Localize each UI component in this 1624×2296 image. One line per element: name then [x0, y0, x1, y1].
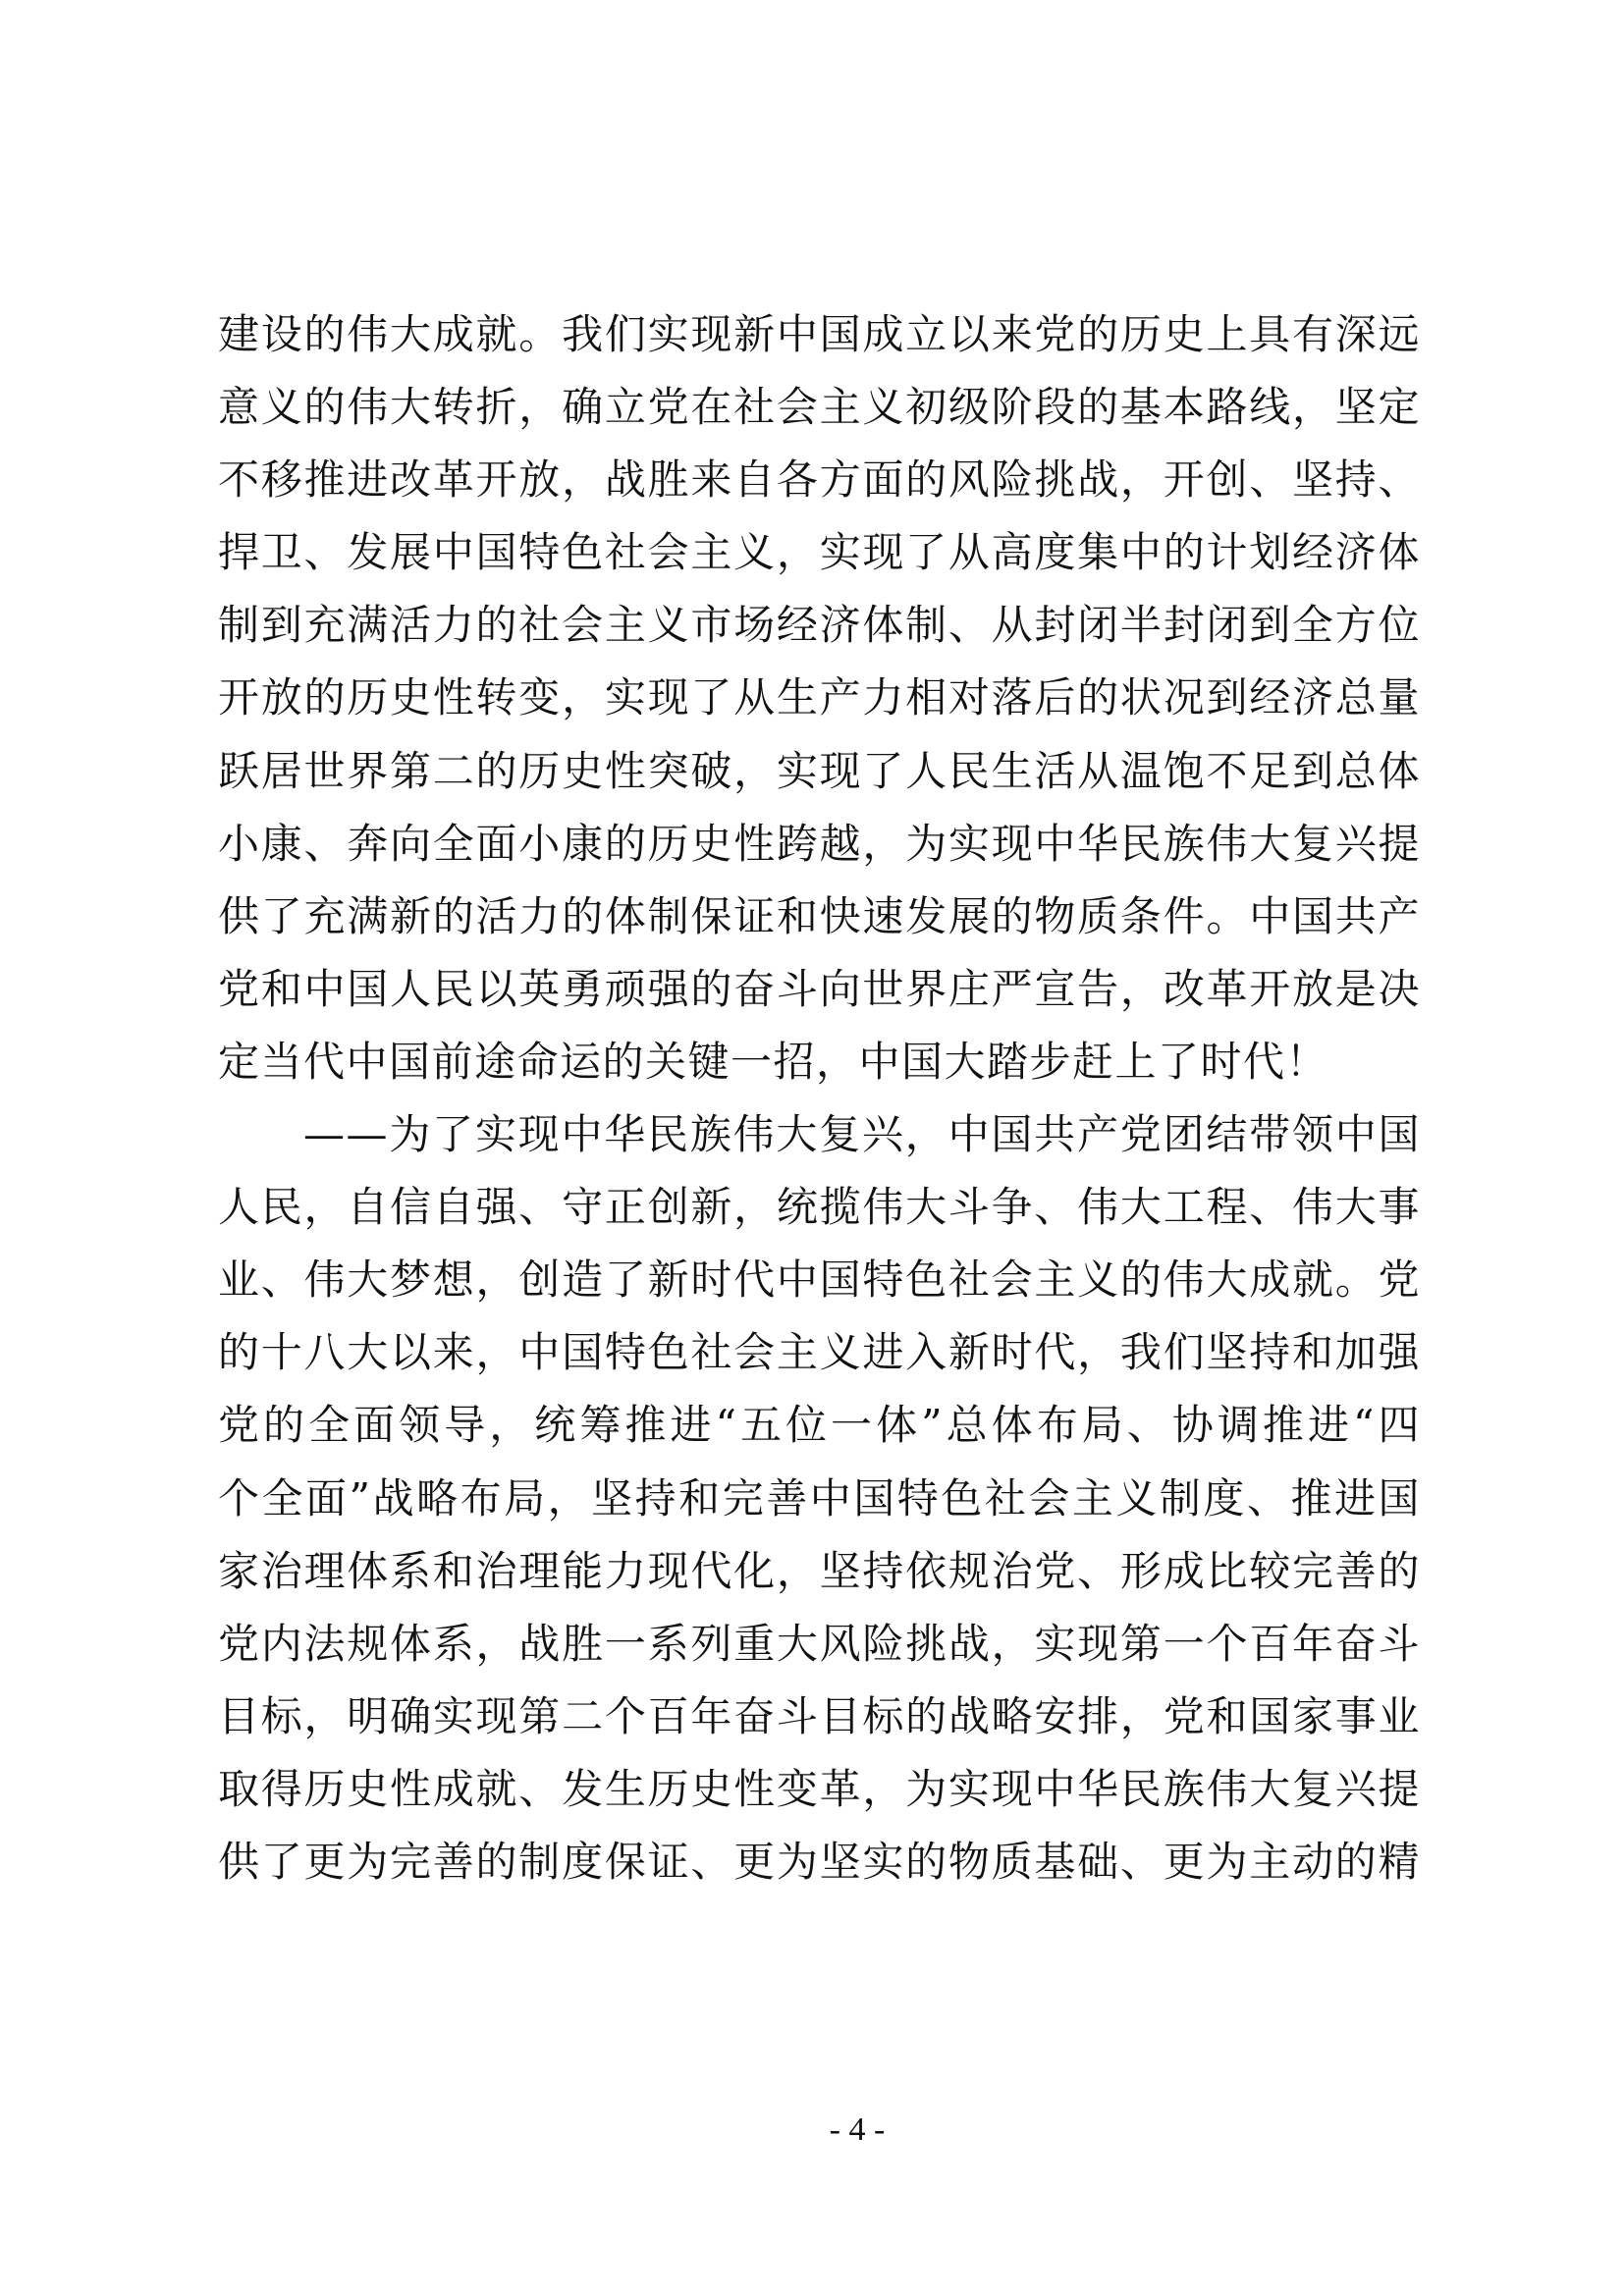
text-line: 业、伟大梦想，创造了新时代中国特色社会主义的伟大成就。党: [218, 1244, 1421, 1316]
text-line: 跃居世界第二的历史性突破，实现了人民生活从温饱不足到总体: [218, 735, 1421, 808]
text-line: 目标，明确实现第二个百年奋斗目标的战略安排，党和国家事业: [218, 1681, 1421, 1753]
text-line: 党内法规体系，战胜一系列重大风险挑战，实现第一个百年奋斗: [218, 1608, 1421, 1681]
text-line: 人民，自信自强、守正创新，统揽伟大斗争、伟大工程、伟大事: [218, 1171, 1421, 1244]
text-line: 供了更为完善的制度保证、更为坚实的物质基础、更为主动的精: [218, 1826, 1421, 1898]
text-line: 党和中国人民以英勇顽强的奋斗向世界庄严宣告，改革开放是决: [218, 953, 1421, 1026]
text-line: ——为了实现中华民族伟大复兴，中国共产党团结带领中国: [218, 1098, 1421, 1171]
text-line: 捍卫、发展中国特色社会主义，实现了从高度集中的计划经济体: [218, 516, 1421, 589]
paragraph-1: 建设的伟大成就。我们实现新中国成立以来党的历史上具有深远 意义的伟大转折，确立党…: [218, 298, 1421, 1098]
text-line: 不移推进改革开放，战胜来自各方面的风险挑战，开创、坚持、: [218, 444, 1421, 516]
text-line: 定当代中国前途命运的关键一招，中国大踏步赶上了时代！: [218, 1026, 1421, 1098]
text-line: 党的全面领导，统筹推进“五位一体”总体布局、协调推进“四: [218, 1389, 1421, 1462]
document-page: 建设的伟大成就。我们实现新中国成立以来党的历史上具有深远 意义的伟大转折，确立党…: [0, 0, 1624, 2296]
text-line: 小康、奔向全面小康的历史性跨越，为实现中华民族伟大复兴提: [218, 808, 1421, 881]
paragraph-2: ——为了实现中华民族伟大复兴，中国共产党团结带领中国 人民，自信自强、守正创新，…: [218, 1098, 1421, 1898]
body-text: 建设的伟大成就。我们实现新中国成立以来党的历史上具有深远 意义的伟大转折，确立党…: [218, 298, 1421, 1898]
text-line: 家治理体系和治理能力现代化，坚持依规治党、形成比较完善的: [218, 1535, 1421, 1608]
text-line: 开放的历史性转变，实现了从生产力相对落后的状况到经济总量: [218, 662, 1421, 734]
text-line: 建设的伟大成就。我们实现新中国成立以来党的历史上具有深远: [218, 298, 1421, 371]
text-line: 意义的伟大转折，确立党在社会主义初级阶段的基本路线，坚定: [218, 371, 1421, 444]
page-number: - 4 -: [808, 2106, 906, 2155]
text-line: 供了充满新的活力的体制保证和快速发展的物质条件。中国共产: [218, 881, 1421, 953]
text-line: 取得历史性成就、发生历史性变革，为实现中华民族伟大复兴提: [218, 1753, 1421, 1826]
text-line: 制到充满活力的社会主义市场经济体制、从封闭半封闭到全方位: [218, 589, 1421, 662]
text-line: 个全面”战略布局，坚持和完善中国特色社会主义制度、推进国: [218, 1463, 1421, 1535]
text-line: 的十八大以来，中国特色社会主义进入新时代，我们坚持和加强: [218, 1316, 1421, 1389]
